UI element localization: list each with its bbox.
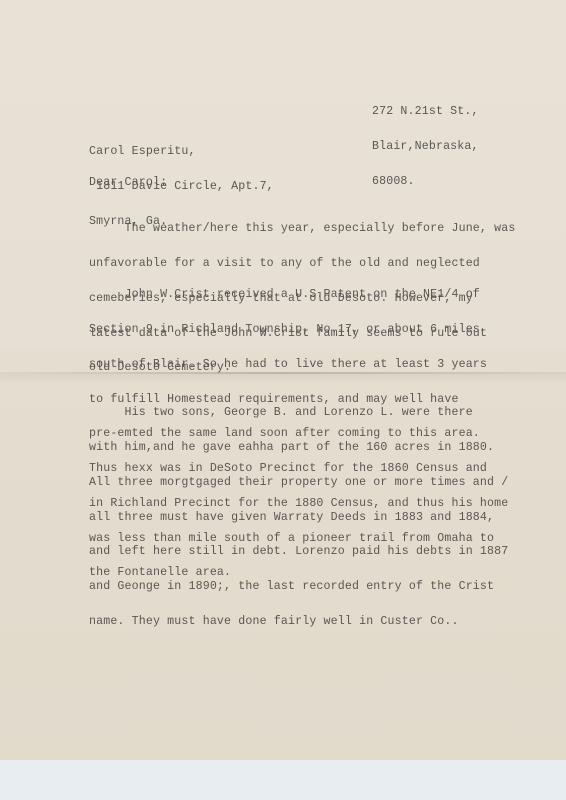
text-line: name. They must have done fairly well in…	[89, 616, 508, 628]
text-line: The weather/here this year, especially b…	[89, 223, 515, 235]
salutation: Dear Carol:	[89, 177, 167, 189]
text-line: His two sons, George B. and Lorenzo L. w…	[89, 407, 508, 419]
text-line: south of Blair. So he had to live there …	[89, 359, 508, 371]
return-address-line: 68008.	[372, 176, 479, 188]
text-line: John W.Crist received a U.S.Patent on th…	[89, 289, 508, 301]
return-address-line: 272 N.21st St.,	[372, 106, 479, 118]
text-line: with him,and he gave eahha part of the 1…	[89, 442, 508, 454]
return-address: 272 N.21st St., Blair,Nebraska, 68008.	[372, 83, 479, 211]
text-line: and left here still in debt. Lorenzo pai…	[89, 546, 508, 558]
recipient-line: Carol Esperitu,	[89, 146, 274, 158]
return-address-line: Blair,Nebraska,	[372, 141, 479, 153]
letter-paper: 272 N.21st St., Blair,Nebraska, 68008. C…	[0, 0, 566, 760]
text-line: Section 9 in Richland Township, No.17, o…	[89, 324, 508, 336]
paragraph-sons: His two sons, George B. and Lorenzo L. w…	[89, 384, 508, 651]
text-line: and Geonge in 1890;, the last recorded e…	[89, 581, 508, 593]
scanner-background	[0, 760, 566, 800]
text-line: All three morgtgaged their property one …	[89, 477, 508, 489]
text-line: all three must have given Warraty Deeds …	[89, 512, 508, 524]
